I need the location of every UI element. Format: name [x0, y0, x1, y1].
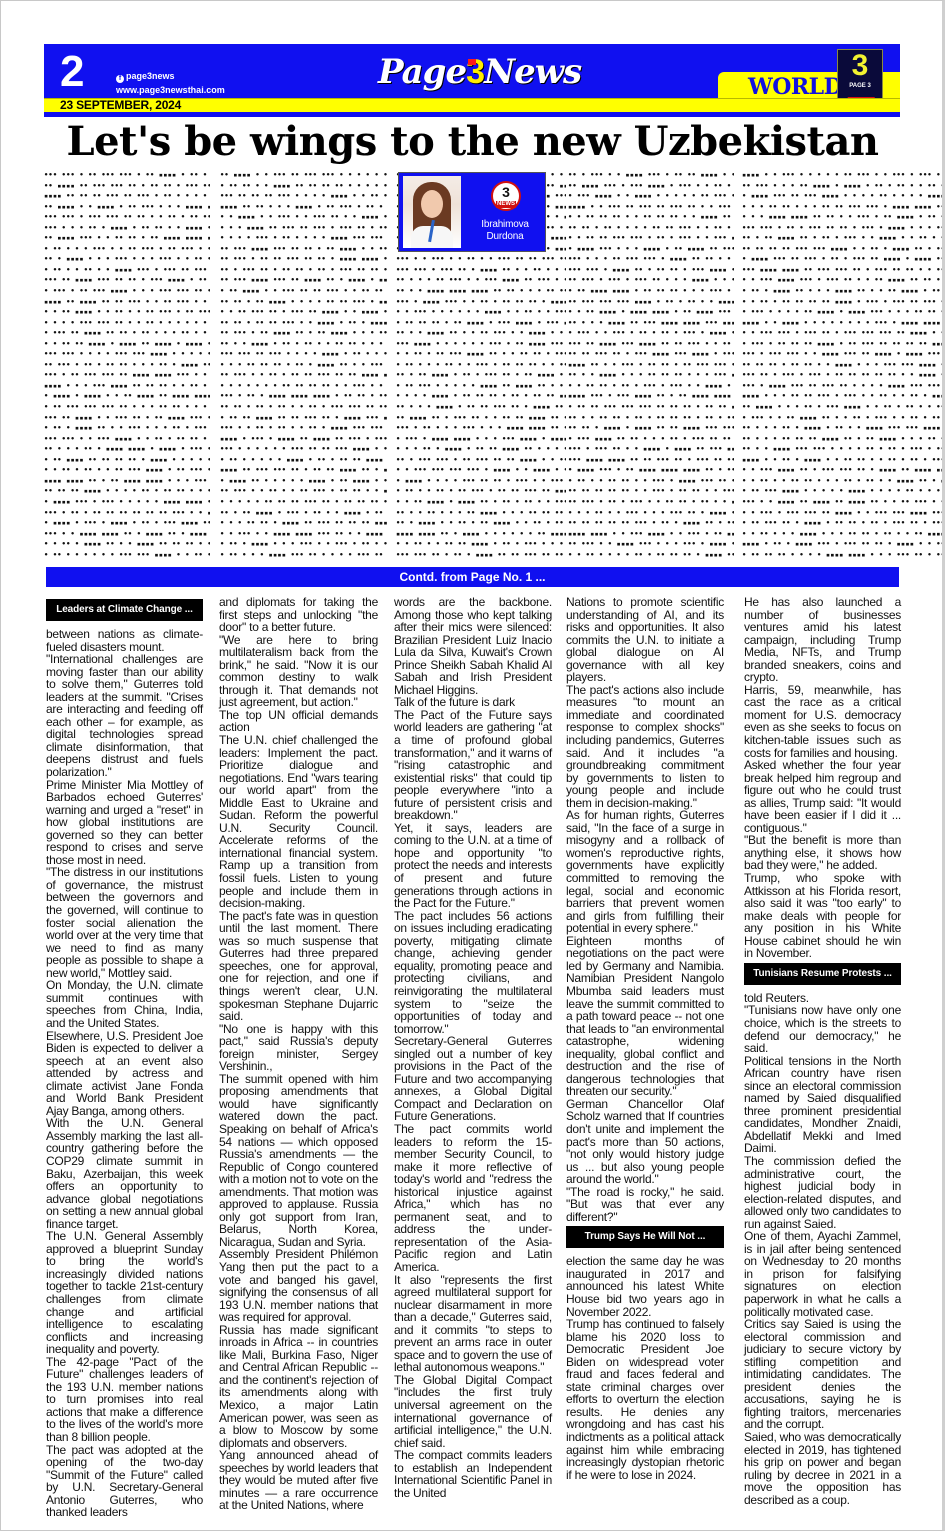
- section-head-trump: Trump Says He Will Not ...: [566, 1226, 724, 1248]
- illegible-column-1: ••• ••• • •• ••• ••• • •• ▪▪▪▪ • •• • ▪▪…: [44, 170, 210, 560]
- continued-from-bar: Contd. from Page No. 1 ...: [46, 567, 899, 587]
- column-5-body-after: told Reuters."Tunisians now have only on…: [744, 992, 901, 1506]
- logo-text-news: News: [484, 52, 581, 92]
- paragraph: "International challenges are moving fas…: [46, 653, 203, 778]
- paragraph: "Tunisians now have only one choice, whi…: [744, 1004, 901, 1054]
- paragraph: words are the backbone. Among those who …: [394, 596, 552, 696]
- author-name: Ibrahimova Durdona: [465, 219, 545, 243]
- paragraph: The Pact of the Future says world leader…: [394, 709, 552, 822]
- paragraph: Asked whether the four year break helped…: [744, 759, 901, 834]
- paragraph: The compact commits leaders to establish…: [394, 1449, 552, 1499]
- paragraph: Critics say Saied is using the electoral…: [744, 1318, 901, 1431]
- illegible-column-5: ▪▪▪▪ • • ••• • • • • • •• ••• • • ••• • …: [742, 170, 942, 560]
- paragraph: election the same day he was inaugurated…: [566, 1255, 724, 1318]
- paragraph: Eighteen months of negotiations on the p…: [566, 935, 724, 1098]
- paragraph: The U.N. chief challenged the leaders: I…: [219, 734, 378, 910]
- paragraph: Assembly President Philémon Yang then pu…: [219, 1248, 378, 1323]
- page3news-logo: Page3News: [378, 52, 581, 92]
- section-head-tunisia: Tunisians Resume Protests ...: [744, 963, 901, 985]
- paragraph: Prime Minister Mia Mottley of Barbados e…: [46, 779, 203, 867]
- paragraph: Russia has made significant inroads in A…: [219, 1324, 378, 1449]
- paragraph: Nations to promote scientific understand…: [566, 596, 724, 684]
- paragraph: The Global Digital Compact "includes the…: [394, 1374, 552, 1449]
- masthead: 2 fpage3news www.page3newsthai.com Page3…: [44, 44, 900, 117]
- paragraph: "The road is rocky," he said. "But was t…: [566, 1186, 724, 1224]
- badge-page-text: PAGE 3: [838, 82, 882, 90]
- logo-text-page: Page: [378, 52, 466, 92]
- paragraph: Trump has continued to falsely blame his…: [566, 1318, 724, 1481]
- paragraph: Secretary-General Guterres singled out a…: [394, 1035, 552, 1123]
- badge-number: 3: [838, 50, 882, 82]
- paragraph: The commission defied the administrative…: [744, 1155, 901, 1230]
- paragraph: The 42-page "Pact of the Future" challen…: [46, 1356, 203, 1444]
- paragraph: The pact was adopted at the opening of t…: [46, 1444, 203, 1519]
- social-handle[interactable]: fpage3news: [116, 71, 175, 83]
- column-1: Leaders at Climate Change ... between na…: [46, 596, 203, 1519]
- paragraph: Yang announced ahead of speeches by worl…: [219, 1449, 378, 1512]
- paragraph: The U.N. General Assembly approved a blu…: [46, 1230, 203, 1355]
- facebook-icon: f: [116, 75, 124, 83]
- page-number: 2: [60, 48, 84, 96]
- paragraph: between nations as climate-fueled disast…: [46, 628, 203, 653]
- paragraph: The pact includes 56 actions on issues i…: [394, 910, 552, 1035]
- column-2: and diplomats for taking the first steps…: [219, 596, 378, 1512]
- column-5-body: He has also launched a number of busines…: [744, 596, 901, 960]
- column-5: He has also launched a number of busines…: [744, 596, 901, 1506]
- paragraph: "We are here to bring multilateralism ba…: [219, 634, 378, 709]
- column-4: Nations to promote scientific understand…: [566, 596, 724, 1481]
- paragraph: The pact commits world leaders to reform…: [394, 1123, 552, 1274]
- author-box: 3 NEWS Ibrahimova Durdona: [398, 172, 546, 252]
- section-label: WORLD: [748, 74, 842, 100]
- paragraph: One of them, Ayachi Zammel, is in jail a…: [744, 1230, 901, 1318]
- illegible-column-4: •• • ••• • • ▪▪▪▪ ••• • •• •• ▪▪▪▪ • •••…: [568, 170, 734, 560]
- paragraph: Political tensions in the North African …: [744, 1055, 901, 1155]
- paragraph: Yet, it says, leaders are coming to the …: [394, 822, 552, 910]
- column-2-body: and diplomats for taking the first steps…: [219, 596, 378, 1512]
- column-4-body: Nations to promote scientific understand…: [566, 596, 724, 1223]
- column-4-body-after: election the same day he was inaugurated…: [566, 1255, 724, 1481]
- paragraph: "The distress in our institutions of gov…: [46, 866, 203, 979]
- paragraph: With the U.N. General Assembly marking t…: [46, 1117, 203, 1230]
- page3-round-logo: 3 NEWS: [491, 181, 521, 211]
- paragraph: Harris, 59, meanwhile, has cast the race…: [744, 684, 901, 759]
- paragraph: Saied, who was democratically elected in…: [744, 1431, 901, 1506]
- illegible-column-2: •• ▪▪▪▪ • • ••• •• ••• ••• • • • • • •• …: [220, 170, 388, 560]
- issue-date: 23 SEPTEMBER, 2024: [60, 99, 181, 112]
- column-3-body: words are the backbone. Among those who …: [394, 596, 552, 1499]
- website-link[interactable]: www.page3newsthai.com: [116, 85, 225, 96]
- column-3: words are the backbone. Among those who …: [394, 596, 552, 1499]
- logo-three: 3: [466, 53, 484, 91]
- paragraph: The top UN official demands action: [219, 709, 378, 734]
- author-photo: [403, 176, 461, 248]
- paragraph: The pact's fate was in question until th…: [219, 910, 378, 1023]
- paragraph: Trump, who spoke with Attkisson at his F…: [744, 872, 901, 960]
- social-handle-text: page3news: [126, 71, 175, 81]
- column-1-body: between nations as climate-fueled disast…: [46, 628, 203, 1519]
- paragraph: The summit opened with him proposing ame…: [219, 1073, 378, 1249]
- paragraph: "No one is happy with this pact," said R…: [219, 1023, 378, 1073]
- paragraph: German Chancellor Olaf Scholz warned tha…: [566, 1098, 724, 1186]
- paragraph: and diplomats for taking the first steps…: [219, 596, 378, 634]
- paragraph: "But the benefit is more than anything e…: [744, 834, 901, 872]
- masthead-divider: [44, 112, 900, 117]
- paragraph: It also "represents the first agreed mul…: [394, 1274, 552, 1374]
- paragraph: Elsewhere, U.S. President Joe Biden is e…: [46, 1030, 203, 1118]
- paragraph: He has also launched a number of busines…: [744, 596, 901, 684]
- paragraph: The pact's actions also include measures…: [566, 684, 724, 809]
- section-head-climate: Leaders at Climate Change ...: [46, 599, 203, 621]
- paragraph: As for human rights, Guterres said, "In …: [566, 809, 724, 934]
- article-headline: Let's be wings to the new Uzbekistan: [0, 119, 945, 165]
- paragraph: On Monday, the U.N. climate summit conti…: [46, 979, 203, 1029]
